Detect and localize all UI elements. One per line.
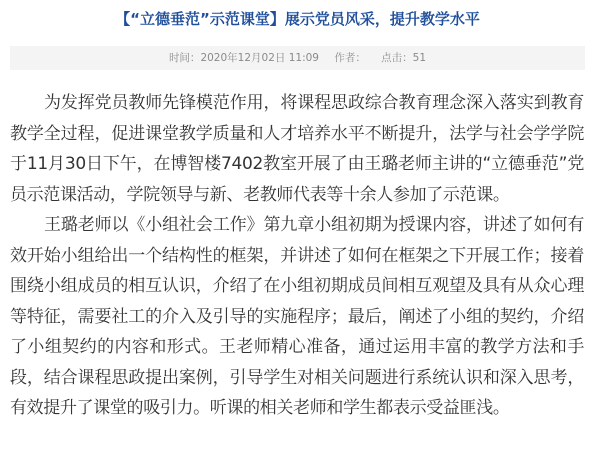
article-paragraph-2: 王璐老师以《小组社会工作》第九章小组初期为授课内容，讲述了如何有效开始小组给出一… [10,210,584,424]
article-paragraph-1: 为发挥党员教师先锋模范作用，将课程思政综合教育理念深入落实到教育教学全过程，促进… [10,88,584,210]
article-meta-bar: 时间：2020年12月02日 11:09 作者： 点击：51 [10,46,585,70]
meta-clicks-label: 点击： [381,52,413,64]
meta-time-label: 时间： [169,52,201,64]
meta-clicks-value: 51 [413,52,426,64]
meta-time: 时间：2020年12月02日 11:09 [169,46,319,70]
article-title: 【“立德垂范”示范课堂】展示党员风采，提升教学水平 [0,9,595,29]
meta-time-value: 2020年12月02日 11:09 [200,52,319,64]
meta-clicks: 点击：51 [381,46,426,70]
article-body: 为发挥党员教师先锋模范作用，将课程思政综合教育理念深入落实到教育教学全过程，促进… [10,88,584,424]
meta-author-label: 作者： [334,52,366,64]
meta-author: 作者： [334,46,366,70]
